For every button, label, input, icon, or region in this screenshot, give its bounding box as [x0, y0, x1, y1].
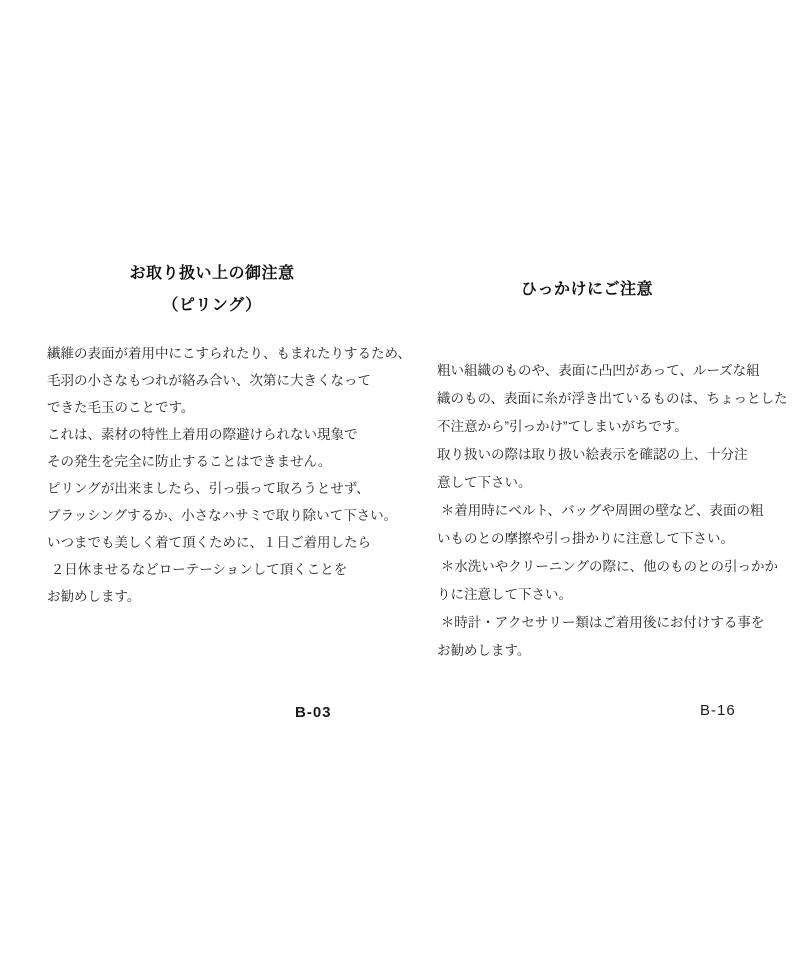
pilling-title-line2: （ピリング）	[45, 290, 379, 322]
body-line: いものとの摩擦や引っ掛かりに注意して下さい。	[437, 525, 797, 553]
reference-code-left: B-03	[295, 704, 332, 721]
body-line: 毛羽の小さなもつれが絡み合い、次第に大きくなって	[47, 367, 415, 394]
snagging-section-body: 粗い組織のものや、表面に凸凹があって、ルーズな組 織のもの、表面に糸が浮き出てい…	[437, 357, 797, 665]
body-line: 織のもの、表面に糸が浮き出ているものは、ちょっとした	[437, 385, 797, 413]
body-line: 不注意から”引っかけ”てしまいがちです。	[437, 413, 797, 441]
body-line: 取り扱いの際は取り扱い絵表示を確認の上、十分注	[437, 441, 797, 469]
care-instruction-sheet: お取り扱い上の御注意 （ピリング） 繊維の表面が着用中にこすられたり、もまれたり…	[0, 0, 800, 960]
body-line: いつまでも美しく着て頂くために、１日ご着用したら	[47, 529, 415, 556]
reference-code-right: B-16	[700, 702, 736, 719]
body-line: ブラッシングするか、小さなハサミで取り除いて下さい。	[47, 502, 415, 529]
pilling-title-line1: お取り扱い上の御注意	[45, 258, 379, 290]
body-line: ＊時計・アクセサリー類はご着用後にお付けする事を	[437, 609, 797, 637]
body-line: お勧めします。	[47, 583, 415, 610]
pilling-section-body: 繊維の表面が着用中にこすられたり、もまれたりするため、 毛羽の小さなもつれが絡み…	[47, 340, 415, 610]
body-line: ＊着用時にベルト、バッグや周囲の壁など、表面の粗	[437, 497, 797, 525]
snagging-title-text: ひっかけにご注意	[437, 280, 737, 300]
body-line: 繊維の表面が着用中にこすられたり、もまれたりするため、	[47, 340, 415, 367]
body-line: りに注意して下さい。	[437, 581, 797, 609]
body-line: その発生を完全に防止することはできません。	[47, 448, 415, 475]
body-line: これは、素材の特性上着用の際避けられない現象で	[47, 421, 415, 448]
body-line: お勧めします。	[437, 637, 797, 665]
body-line: 意して下さい。	[437, 469, 797, 497]
body-line: できた毛玉のことです。	[47, 394, 415, 421]
pilling-section-title: お取り扱い上の御注意 （ピリング）	[45, 258, 379, 322]
body-line: ２日休ませるなどローテーションして頂くことを	[47, 556, 415, 583]
body-line: 粗い組織のものや、表面に凸凹があって、ルーズな組	[437, 357, 797, 385]
body-line: ピリングが出来ましたら、引っ張って取ろうとせず、	[47, 475, 415, 502]
body-line: ＊水洗いやクリーニングの際に、他のものとの引っかか	[437, 553, 797, 581]
snagging-section-title: ひっかけにご注意	[437, 280, 737, 300]
